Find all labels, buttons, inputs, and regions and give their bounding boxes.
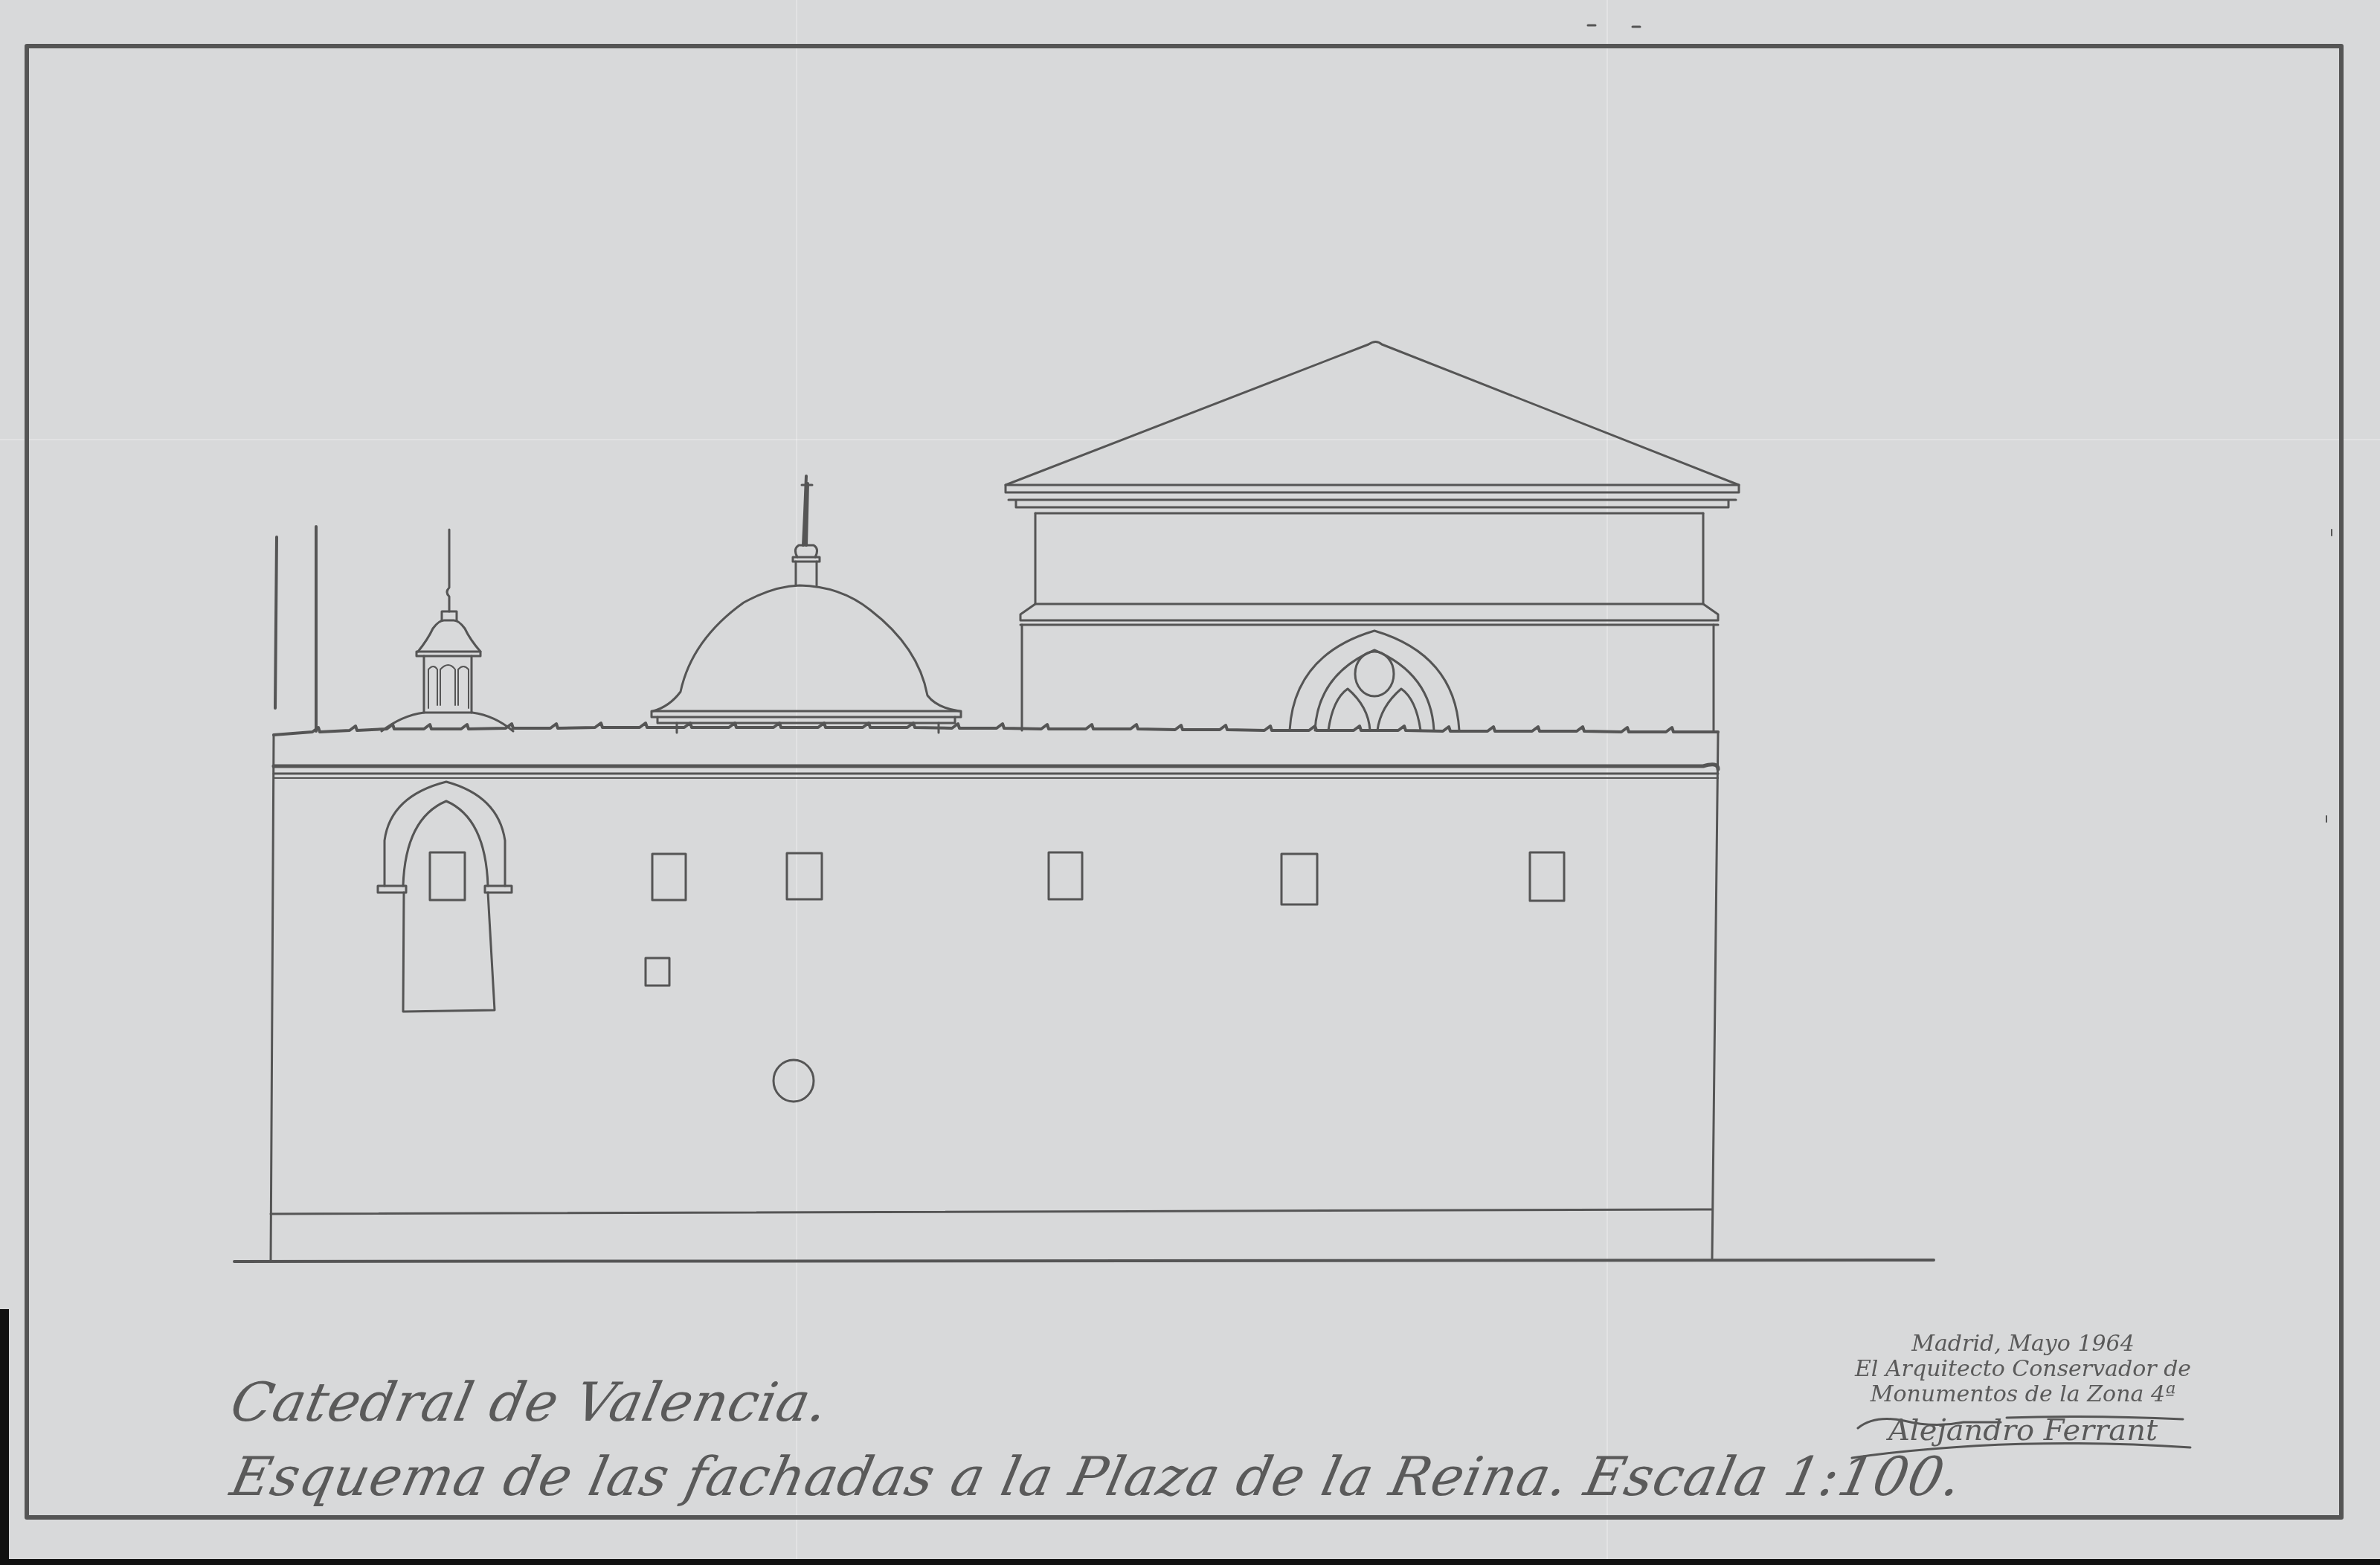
title-block: Catedral de Valencia. Esquema de las fac… (232, 1369, 1961, 1510)
drawing-subtitle: Esquema de las fachadas a la Plaza de la… (225, 1443, 1968, 1510)
pyramidal-roof-tower (1006, 342, 1739, 731)
oculus (773, 1060, 814, 1102)
architect-role-line1: El Arquitecto Conservador de (1837, 1357, 2209, 1382)
place-date: Madrid, Mayo 1964 (1837, 1331, 2209, 1357)
gothic-pointed-doorway (378, 782, 512, 1012)
scan-edge-left (0, 1309, 9, 1565)
signature-block: Madrid, Mayo 1964 El Arquitecto Conserva… (1837, 1331, 2209, 1443)
gothic-rose-window (1290, 631, 1459, 730)
scan-edge-bottom (0, 1559, 2380, 1565)
architect-role-line2: Monumentos de la Zona 4ª (1837, 1382, 2209, 1407)
drawing-sheet: Catedral de Valencia. Esquema de las fac… (0, 0, 2380, 1565)
dome-with-lantern (652, 476, 961, 733)
square-windows (646, 852, 1564, 986)
bell-tower-edge (275, 527, 316, 731)
main-wall (234, 723, 1934, 1262)
window (1281, 854, 1317, 904)
window (652, 854, 686, 900)
small-cupola-lantern (382, 530, 513, 731)
sheet-border (27, 25, 2341, 1517)
drawing-title: Catedral de Valencia. (225, 1369, 1968, 1436)
window (1049, 852, 1082, 899)
window (1530, 852, 1564, 901)
window (787, 853, 822, 899)
signature: Alejandro Ferrant (1837, 1418, 2209, 1443)
window-small (646, 958, 669, 986)
